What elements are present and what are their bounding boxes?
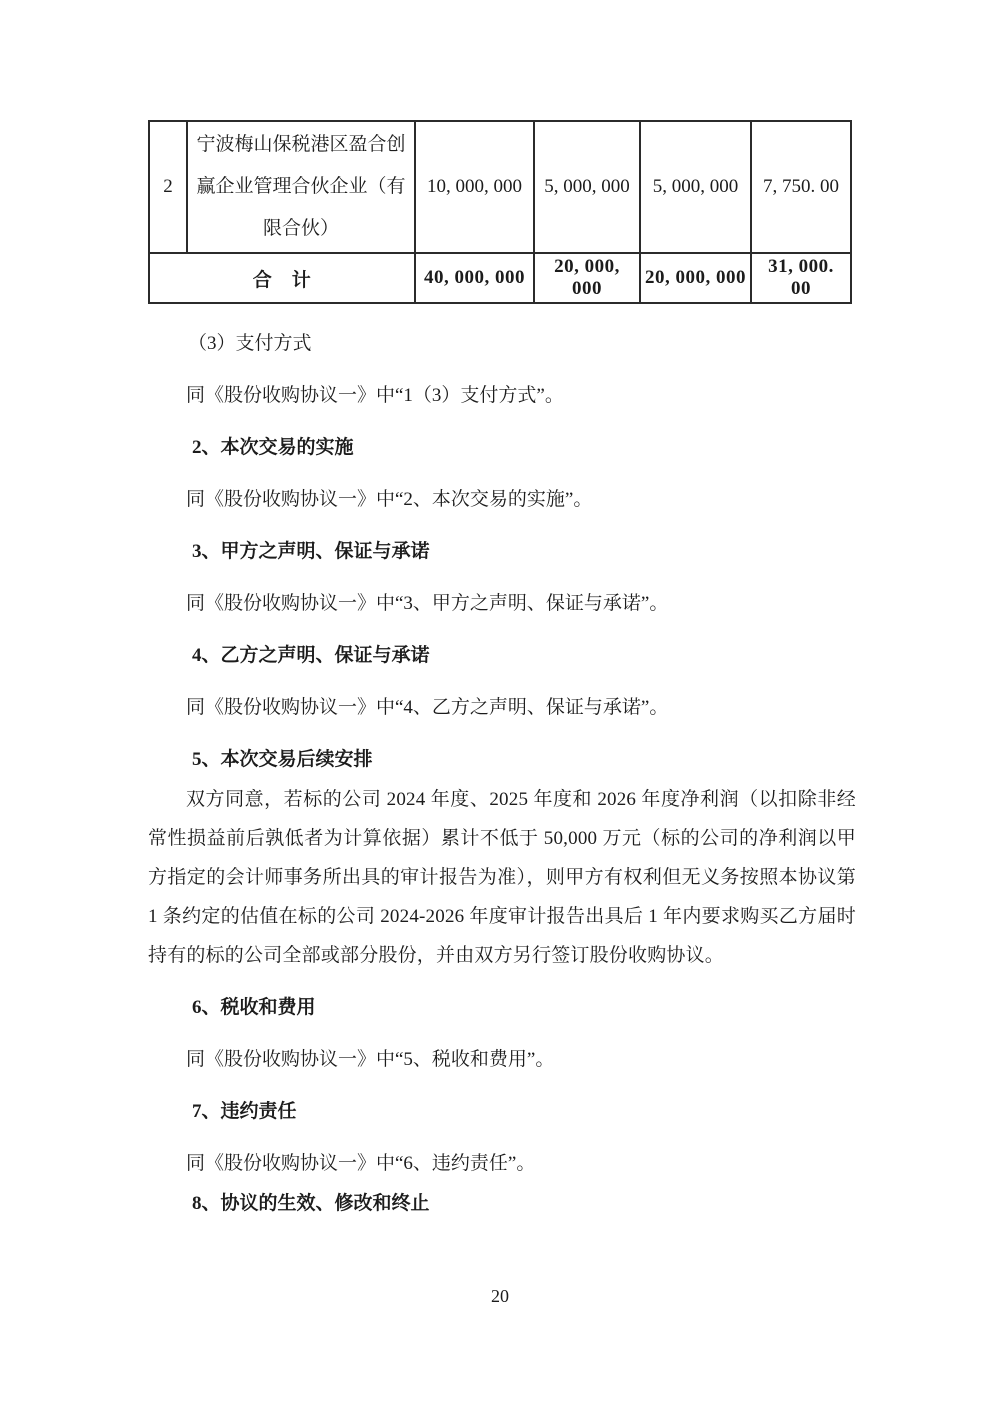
paragraph-party-a-representations-ref: 同《股份收购协议一》中“3、甲方之声明、保证与承诺”。 [148, 591, 856, 617]
heading-transaction-implementation: 2、本次交易的实施 [148, 435, 856, 461]
paragraph-payment-method-ref: 同《股份收购协议一》中“1（3）支付方式”。 [148, 383, 856, 409]
table-total-value-2: 20, 000, 000 [534, 253, 640, 303]
heading-breach-liability: 7、违约责任 [148, 1099, 856, 1125]
table-cell-company-name: 宁波梅山保税港区盈合创赢企业管理合伙企业（有限合伙） [187, 121, 415, 253]
heading-party-a-representations: 3、甲方之声明、保证与承诺 [148, 539, 856, 565]
table-cell-value-1: 10, 000, 000 [415, 121, 534, 253]
table-row: 2 宁波梅山保税港区盈合创赢企业管理合伙企业（有限合伙） 10, 000, 00… [149, 121, 851, 253]
table-total-row: 合 计 40, 000, 000 20, 000, 000 20, 000, 0… [149, 253, 851, 303]
paragraph-breach-liability-ref: 同《股份收购协议一》中“6、违约责任”。 [148, 1151, 856, 1177]
heading-party-b-representations: 4、乙方之声明、保证与承诺 [148, 643, 856, 669]
page-number: 20 [0, 1286, 1000, 1307]
shareholder-payment-table: 2 宁波梅山保税港区盈合创赢企业管理合伙企业（有限合伙） 10, 000, 00… [148, 120, 852, 304]
table-cell-value-4: 7, 750. 00 [751, 121, 851, 253]
table-total-label: 合 计 [149, 253, 415, 303]
table-total-value-1: 40, 000, 000 [415, 253, 534, 303]
heading-taxes-and-fees: 6、税收和费用 [148, 995, 856, 1021]
paragraph-party-b-representations-ref: 同《股份收购协议一》中“4、乙方之声明、保证与承诺”。 [148, 695, 856, 721]
table-cell-value-3: 5, 000, 000 [640, 121, 751, 253]
table-cell-row-number: 2 [149, 121, 187, 253]
document-page: 2 宁波梅山保税港区盈合创赢企业管理合伙企业（有限合伙） 10, 000, 00… [0, 0, 1000, 1414]
heading-follow-up-arrangements: 5、本次交易后续安排 [148, 747, 856, 773]
paragraph-taxes-and-fees-ref: 同《股份收购协议一》中“5、税收和费用”。 [148, 1047, 856, 1073]
table-total-value-3: 20, 000, 000 [640, 253, 751, 303]
document-content: 2 宁波梅山保税港区盈合创赢企业管理合伙企业（有限合伙） 10, 000, 00… [148, 120, 856, 1217]
table-total-value-4: 31, 000. 00 [751, 253, 851, 303]
heading-agreement-effectiveness: 8、协议的生效、修改和终止 [148, 1191, 856, 1217]
table-cell-value-2: 5, 000, 000 [534, 121, 640, 253]
paragraph-transaction-implementation-ref: 同《股份收购协议一》中“2、本次交易的实施”。 [148, 487, 856, 513]
paragraph-follow-up-arrangements: 双方同意，若标的公司 2024 年度、2025 年度和 2026 年度净利润（以… [148, 780, 856, 975]
subsection-payment-method: （3）支付方式 [148, 331, 856, 357]
